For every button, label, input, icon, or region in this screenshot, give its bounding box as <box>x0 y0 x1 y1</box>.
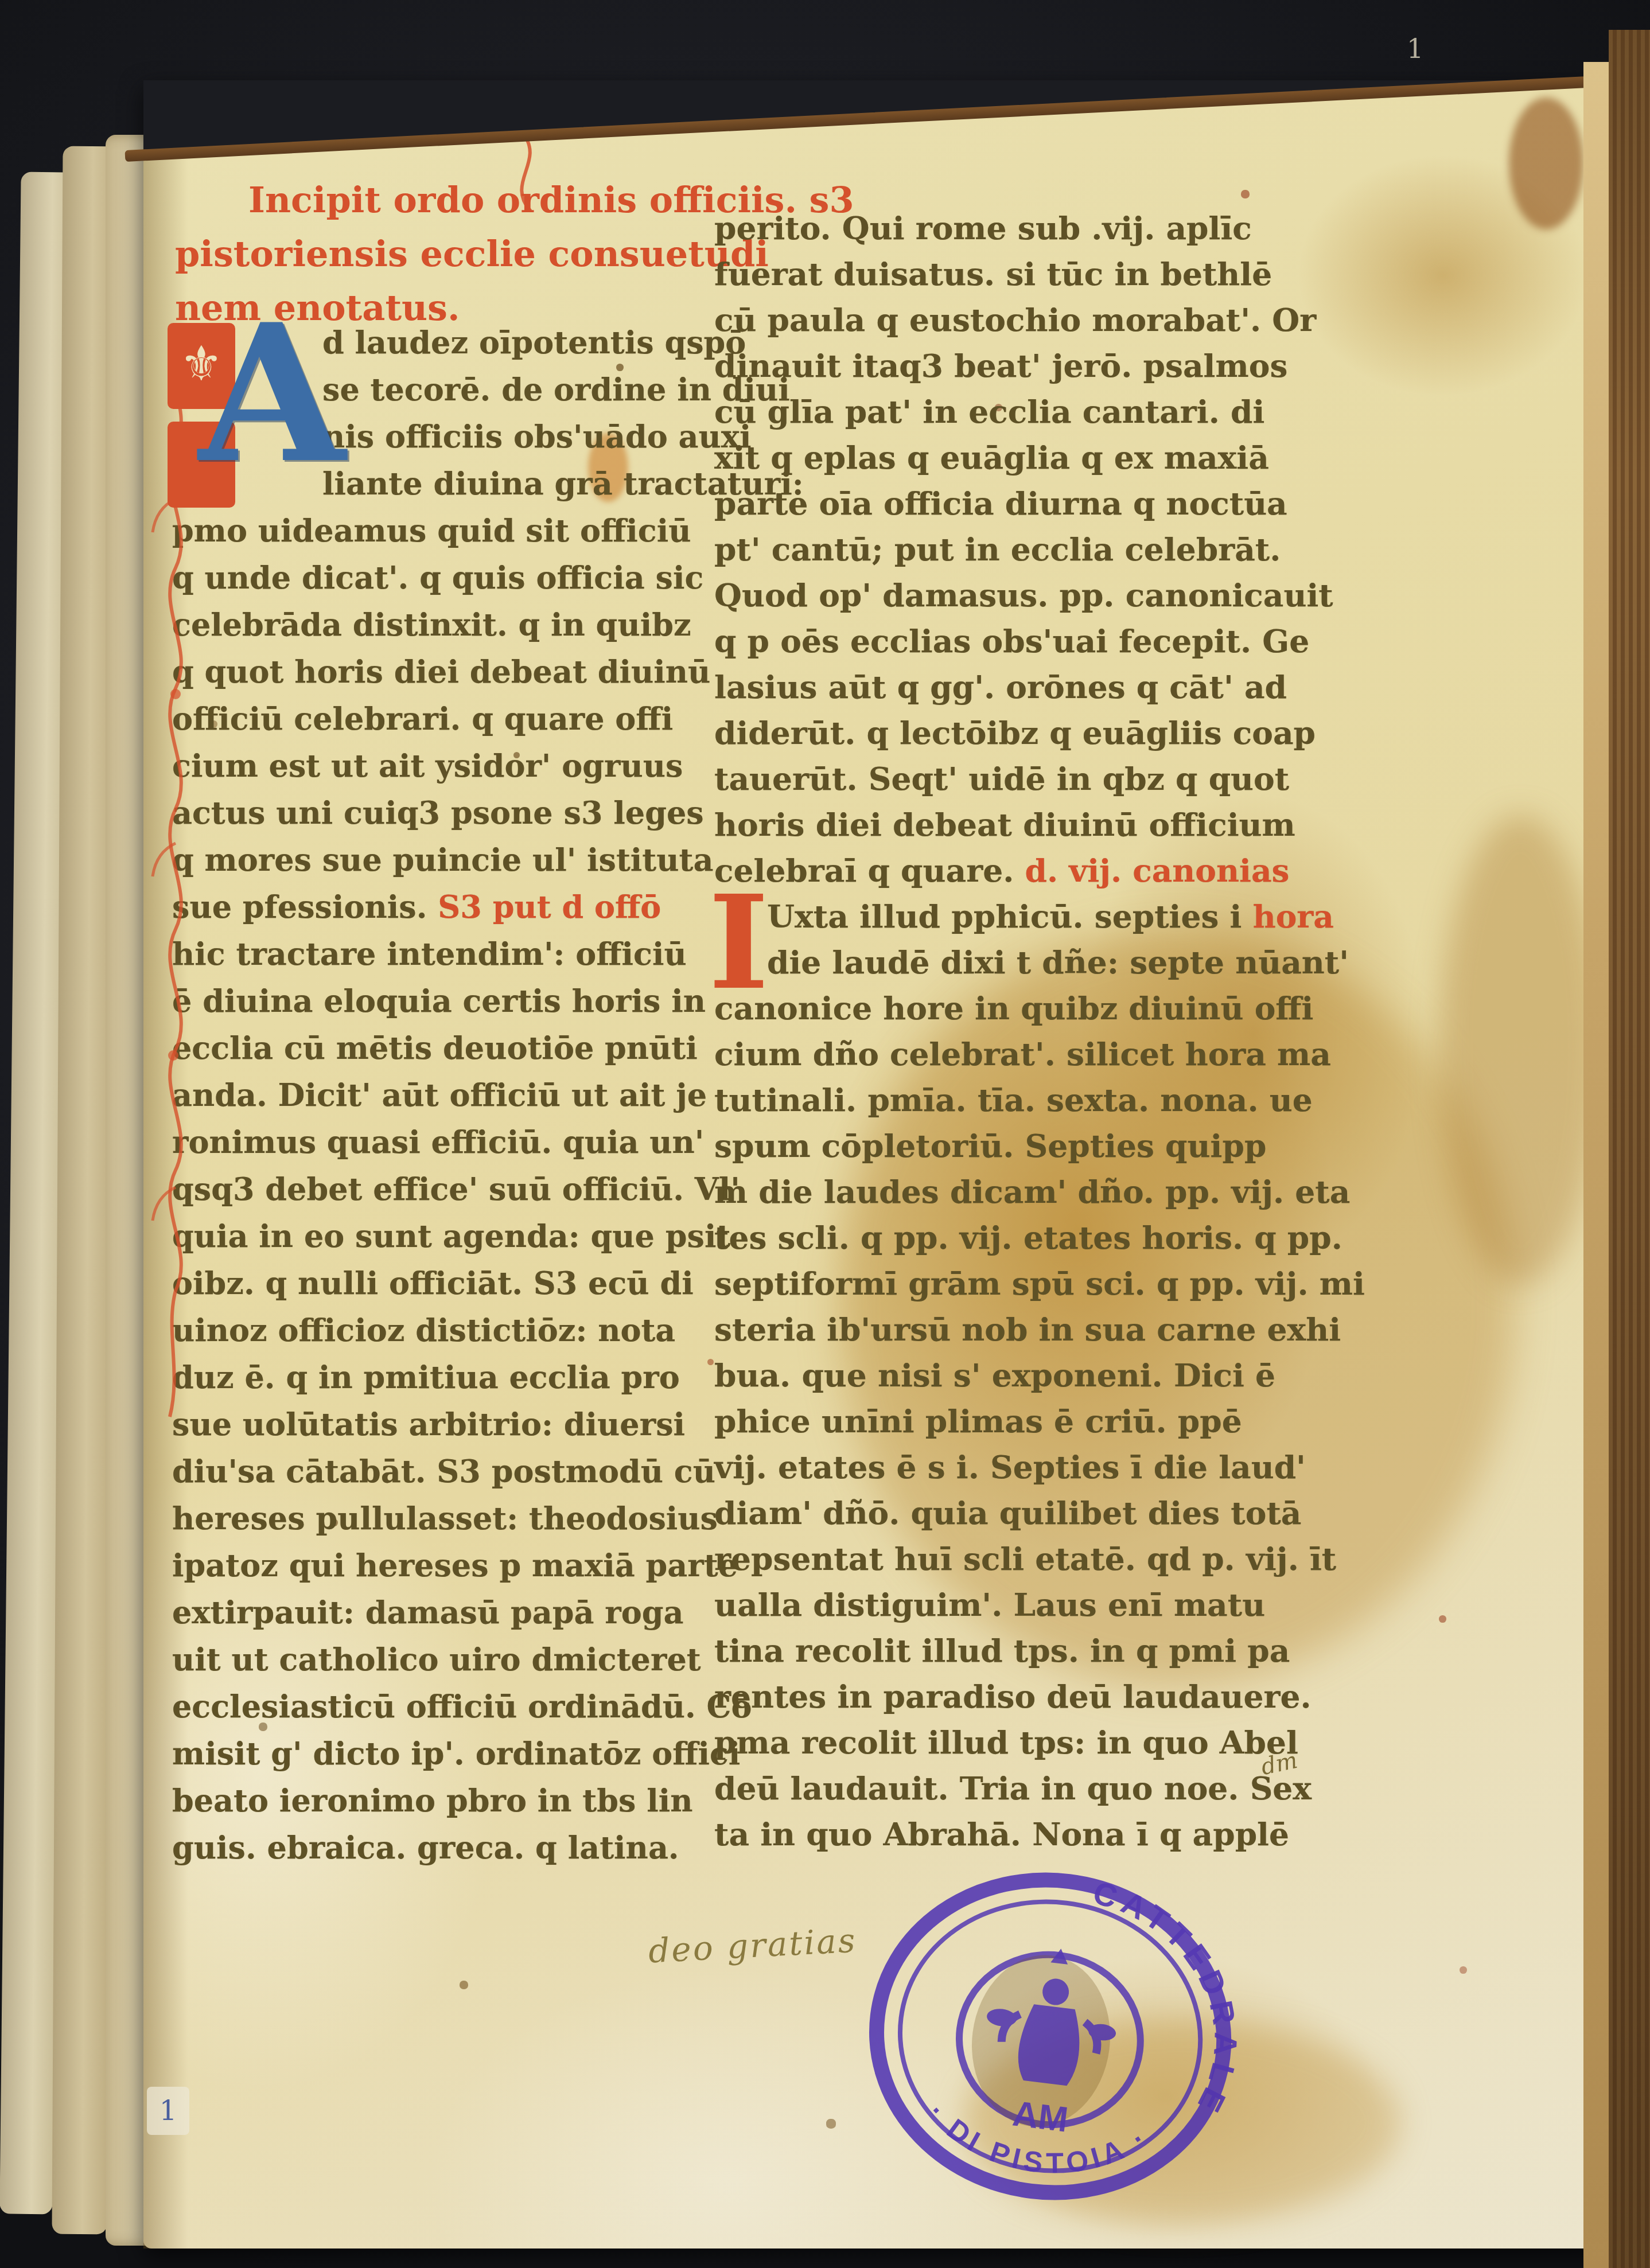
line-text: uinoz officioz distictiōz: nota <box>172 1312 675 1349</box>
text-line: dinauit itaq3 beat' jerō. psalmos <box>714 347 1248 393</box>
line-text: misit g' dicto ip'. ordinatōz offici <box>172 1735 740 1772</box>
line-text: septiformī grām spū sci. q pp. vij. mi <box>714 1265 1365 1302</box>
line-text-red: d. vij. canonias <box>1025 852 1289 889</box>
text-line: ecclia cū mētis deuotiōe pnūti <box>172 1030 643 1077</box>
text-line: pt' cantū; put in ecclia celebrāt. <box>714 531 1248 576</box>
line-text: horis diei debeat diuinū officium <box>714 806 1295 843</box>
line-text: d laudez oīpotentis qspō <box>322 324 746 361</box>
line-text: actus uni cuiq3 psone s3 leges <box>172 794 704 831</box>
text-line: oibz. q nulli officiāt. S3 ecū di <box>172 1265 643 1312</box>
line-text: repsentat huī scli etatē. qd p. vij. īt <box>714 1540 1336 1577</box>
line-text: canonice hore in quibz diuinū offi <box>714 989 1313 1027</box>
line-text: cium dño celebrat'. silicet hora ma <box>714 1035 1331 1073</box>
text-line: lasius aūt q gg'. orōnes q cāt' ad <box>714 668 1248 714</box>
text-line: pmo uideamus quid sit officiū <box>172 512 643 559</box>
line-text: quia in eo sunt agenda: que psit <box>172 1218 730 1254</box>
line-text: oibz. q nulli officiāt. S3 ecū di <box>172 1265 694 1301</box>
text-line: ualla distiguim'. Laus enī matu <box>714 1586 1248 1632</box>
text-line: uinoz officioz distictiōz: nota <box>172 1312 643 1359</box>
text-column-left: d laudez oīpotentis qspōse tecorē. de or… <box>172 324 643 1876</box>
text-line: ecclesiasticū officiū ordinādū. Cō <box>172 1688 643 1735</box>
line-text: ualla distiguim'. Laus enī matu <box>714 1586 1265 1623</box>
line-text: tina recolit illud tps. in q pmi pa <box>714 1632 1290 1669</box>
text-line: cium est ut ait ysidor' ogruus <box>172 747 643 794</box>
text-line: pma recolit illud tps: in quo Abel <box>714 1724 1248 1770</box>
text-line: cū glīa pat' in ecclia cantari. di <box>714 393 1248 439</box>
line-text: diu'sa cātabāt. S3 postmodū cū <box>172 1453 715 1490</box>
text-line: vij. etates ē s i. Septies ī die laud' <box>714 1448 1248 1494</box>
line-text: die laudē dixi t dñe: septe nūant' <box>767 944 1349 981</box>
text-line: q mores sue puincie ul' istituta <box>172 841 643 889</box>
stain-blob <box>1440 815 1601 1285</box>
text-line: tauerūt. Seqt' uidē in qbz q quot <box>714 760 1248 806</box>
stain-blob <box>1509 98 1583 229</box>
text-line: duz ē. q in pmitiua ecclia pro <box>172 1359 643 1406</box>
text-line: guis. ebraica. greca. q latina. <box>172 1829 643 1876</box>
initial-A-letter: A <box>199 299 345 488</box>
line-text: pt' cantū; put in ecclia celebrāt. <box>714 531 1281 568</box>
text-line: celebrāda distinxit. q in quibz <box>172 606 643 653</box>
line-text: cū paula q eustochio morabat'. Or <box>714 301 1316 338</box>
cathedral-stamp: CATTEDRALE · DI PISTOIA · AM <box>839 1848 1262 2230</box>
red-initial-I: I <box>709 879 769 1008</box>
text-line: tutinali. pmīa. tīa. sexta. nona. ue <box>714 1081 1248 1127</box>
text-line: hic tractare intendim': officiū <box>172 936 643 983</box>
text-line: m die laudes dicam' dño. pp. vij. eta <box>714 1173 1248 1219</box>
folio-number-chip: 1 <box>147 2087 189 2135</box>
text-line: cium dño celebrat'. silicet hora ma <box>714 1035 1248 1081</box>
wooden-board-edge <box>1609 30 1650 2268</box>
text-line: cū paula q eustochio morabat'. Or <box>714 301 1248 347</box>
folio-number-bottom-left: 1 <box>159 2095 177 2127</box>
text-line: septiformī grām spū sci. q pp. vij. mi <box>714 1265 1248 1311</box>
line-text: vij. etates ē s i. Septies ī die laud' <box>714 1448 1306 1486</box>
text-line: tina recolit illud tps. in q pmi pa <box>714 1632 1248 1678</box>
line-text: dinauit itaq3 beat' jerō. psalmos <box>714 347 1287 384</box>
line-text: deū laudauit. Tria in quo noe. Sex <box>714 1770 1312 1807</box>
text-line: diderūt. q lectōibz q euāgliis coap <box>714 714 1248 760</box>
text-line: actus uni cuiq3 psone s3 leges <box>172 794 643 841</box>
text-line: bua. que nisi s' exponeni. Dici ē <box>714 1357 1248 1402</box>
text-line: officiū celebrari. q quare offi <box>172 700 643 747</box>
text-line: qsq3 debet effice' suū officiū. Vl' <box>172 1171 643 1218</box>
text-line: deū laudauit. Tria in quo noe. Sex <box>714 1770 1248 1815</box>
text-line: pistoriensis ecclie consuetudi <box>175 233 668 287</box>
illuminated-initial-A: ⚜ A <box>168 318 311 519</box>
manuscript-page: Incipit ordo ordinis officiis. s3pistori… <box>143 80 1604 2248</box>
text-line: extirpauit: damasū papā roga <box>172 1594 643 1641</box>
line-text: nis officiis obs'uādo auxi <box>322 418 751 455</box>
line-text: rentes in paradiso deū laudauere. <box>714 1678 1312 1715</box>
line-text: celebrāda distinxit. q in quibz <box>172 606 691 643</box>
fore-edge-pages <box>1583 62 1610 2268</box>
line-text-red: S3 put d offō <box>438 889 661 925</box>
text-line: phice unīni plimas ē criū. ppē <box>714 1402 1248 1448</box>
text-line: spum cōpletoriū. Septies quipp <box>714 1127 1248 1173</box>
line-text: cium est ut ait ysidor' ogruus <box>172 747 683 784</box>
line-text: sue pfessionis. <box>172 889 438 925</box>
text-line: sue pfessionis. S3 put d offō <box>172 889 643 936</box>
text-line: ipatoz qui hereses p maxiā parte <box>172 1547 643 1594</box>
text-line: q quot horis diei debeat diuinū <box>172 653 643 700</box>
line-text: diam' dñō. quia quilibet dies totā <box>714 1494 1301 1532</box>
text-line: repsentat huī scli etatē. qd p. vij. īt <box>714 1540 1248 1586</box>
line-text: tes scli. q pp. vij. etates horis. q pp. <box>714 1219 1342 1256</box>
line-text: q unde dicat'. q quis officia sic <box>172 559 703 596</box>
line-text: q mores sue puincie ul' istituta <box>172 841 714 878</box>
line-text: cū glīa pat' in ecclia cantari. di <box>714 393 1264 430</box>
line-text: q quot horis diei debeat diuinū <box>172 653 710 690</box>
line-text: Quod op' damasus. pp. canonicauit <box>714 576 1333 614</box>
line-text: hic tractare intendim': officiū <box>172 936 687 972</box>
text-line: q unde dicat'. q quis officia sic <box>172 559 643 606</box>
text-line: tes scli. q pp. vij. etates horis. q pp. <box>714 1219 1248 1265</box>
line-text-red: hora <box>1253 898 1334 935</box>
text-line: parte oīa officia diurna q noctūa <box>714 485 1248 531</box>
text-line: hereses pullulasset: theodosius <box>172 1500 643 1547</box>
line-text: ecclia cū mētis deuotiōe pnūti <box>172 1030 698 1066</box>
text-line: die laudē dixi t dñe: septe nūant' <box>714 944 1248 989</box>
text-line: q p oēs ecclias obs'uai fecepit. Ge <box>714 622 1248 668</box>
line-text: phice unīni plimas ē criū. ppē <box>714 1402 1242 1440</box>
line-text: sue uolūtatis arbitrio: diuersi <box>172 1406 685 1443</box>
text-line: ē diuina eloquia certis horis in <box>172 983 643 1030</box>
text-line: ta in quo Abrahā. Nona ī q applē <box>714 1815 1248 1861</box>
line-text: Uxta illud pphicū. septies i <box>767 898 1253 935</box>
line-text: bua. que nisi s' exponeni. Dici ē <box>714 1357 1275 1394</box>
line-text: diderūt. q lectōibz q euāgliis coap <box>714 714 1316 751</box>
text-line: uit ut catholico uiro dmicteret <box>172 1641 643 1688</box>
text-line: rentes in paradiso deū laudauere. <box>714 1678 1248 1724</box>
text-line: ronimus quasi efficiū. quia un' <box>172 1124 643 1171</box>
text-line: Quod op' damasus. pp. canonicauit <box>714 576 1248 622</box>
line-text: extirpauit: damasū papā roga <box>172 1594 684 1631</box>
line-text: hereses pullulasset: theodosius <box>172 1500 718 1537</box>
line-text: q p oēs ecclias obs'uai fecepit. Ge <box>714 622 1309 660</box>
text-line: canonice hore in quibz diuinū offi <box>714 989 1248 1035</box>
line-text: fuerat duisatus. si tūc in bethlē <box>714 255 1272 293</box>
text-line: diu'sa cātabāt. S3 postmodū cū <box>172 1453 643 1500</box>
line-text: ecclesiasticū officiū ordinādū. Cō <box>172 1688 752 1725</box>
line-text: perito. Qui rome sub .vij. aplīc <box>714 209 1252 247</box>
line-text: beato ieronimo pbro in tbs lin <box>172 1782 692 1819</box>
text-line: celebraī q quare. d. vij. canonias <box>714 852 1248 898</box>
line-text: uit ut catholico uiro dmicteret <box>172 1641 701 1678</box>
text-line: perito. Qui rome sub .vij. aplīc <box>714 209 1248 255</box>
line-text: lasius aūt q gg'. orōnes q cāt' ad <box>714 668 1287 706</box>
line-text: officiū celebrari. q quare offi <box>172 700 673 737</box>
text-line: Incipit ordo ordinis officiis. s3 <box>175 179 668 233</box>
line-text: ē diuina eloquia certis horis in <box>172 983 706 1019</box>
line-text: qsq3 debet effice' suū officiū. Vl' <box>172 1171 740 1207</box>
line-text: tutinali. pmīa. tīa. sexta. nona. ue <box>714 1081 1313 1119</box>
line-text: pma recolit illud tps: in quo Abel <box>714 1724 1298 1761</box>
stamp-monogram: AM <box>1010 2094 1070 2140</box>
line-text: anda. Dicit' aūt officiū ut ait je <box>172 1077 707 1113</box>
line-text: parte oīa officia diurna q noctūa <box>714 485 1287 522</box>
line-text: guis. ebraica. greca. q latina. <box>172 1829 679 1866</box>
line-text: pistoriensis ecclie consuetudi <box>175 233 769 275</box>
line-text: ipatoz qui hereses p maxiā parte <box>172 1547 738 1584</box>
line-text: ta in quo Abrahā. Nona ī q applē <box>714 1815 1289 1853</box>
line-text: tauerūt. Seqt' uidē in qbz q quot <box>714 760 1289 797</box>
line-text: spum cōpletoriū. Septies quipp <box>714 1127 1266 1164</box>
text-line: xit q eplas q euāglia q ex maxiā <box>714 439 1248 485</box>
text-line: horis diei debeat diuinū officium <box>714 806 1248 852</box>
text-line: beato ieronimo pbro in tbs lin <box>172 1782 643 1829</box>
text-line: sue uolūtatis arbitrio: diuersi <box>172 1406 643 1453</box>
text-line: steria ib'ursū nob in sua carne exhi <box>714 1311 1248 1357</box>
text-line: quia in eo sunt agenda: que psit <box>172 1218 643 1265</box>
line-text: xit q eplas q euāglia q ex maxiā <box>714 439 1269 476</box>
text-line: misit g' dicto ip'. ordinatōz offici <box>172 1735 643 1782</box>
line-text: duz ē. q in pmitiua ecclia pro <box>172 1359 680 1396</box>
text-column-right: perito. Qui rome sub .vij. aplīcfuerat d… <box>714 209 1248 1861</box>
text-line: Uxta illud pphicū. septies i hora <box>714 898 1248 944</box>
line-text: m die laudes dicam' dño. pp. vij. eta <box>714 1173 1350 1210</box>
line-text: ronimus quasi efficiū. quia un' <box>172 1124 704 1160</box>
text-line: diam' dñō. quia quilibet dies totā <box>714 1494 1248 1540</box>
handwritten-deo-gratias: deo gratias <box>647 1921 858 1971</box>
folio-number-top-right: 1 <box>1407 33 1423 64</box>
line-text: steria ib'ursū nob in sua carne exhi <box>714 1311 1341 1348</box>
text-line: anda. Dicit' aūt officiū ut ait je <box>172 1077 643 1124</box>
text-line: fuerat duisatus. si tūc in bethlē <box>714 255 1248 301</box>
